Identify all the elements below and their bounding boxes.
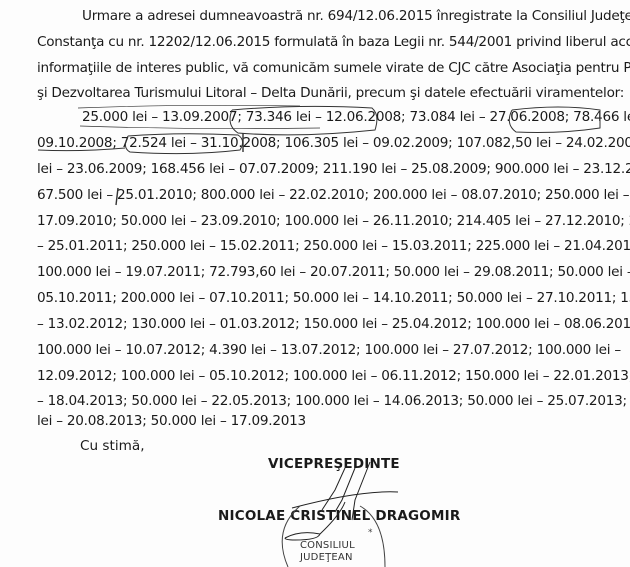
payment-line: 67.500 lei – 25.01.2010; 800.000 lei – 2… bbox=[37, 186, 593, 204]
payment-line: lei – 20.08.2013; 50.000 lei – 17.09.201… bbox=[37, 412, 306, 430]
paragraph-line: Urmare a adresei dumneavoastră nr. 694/1… bbox=[82, 7, 593, 25]
closing-salutation: Cu stimă, bbox=[80, 438, 145, 454]
payment-line: 05.10.2011; 200.000 lei – 07.10.2011; 50… bbox=[37, 289, 593, 307]
payment-line: lei – 23.06.2009; 168.456 lei – 07.07.20… bbox=[37, 160, 593, 178]
payment-line: – 25.01.2011; 250.000 lei – 15.02.2011; … bbox=[37, 237, 593, 255]
stamp-text-line2: JUDEŢEAN bbox=[300, 552, 353, 563]
payment-line: 09.10.2008; 72.524 lei – 31.10.2008; 106… bbox=[37, 134, 593, 152]
payment-line: – 18.04.2013; 50.000 lei – 22.05.2013; 1… bbox=[37, 392, 593, 410]
payment-line: 100.000 lei – 19.07.2011; 72.793,60 lei … bbox=[37, 263, 593, 281]
signatory-title: VICEPREŞEDINTE bbox=[268, 456, 400, 472]
paragraph-line: şi Dezvoltarea Turismului Litoral – Delt… bbox=[37, 84, 593, 102]
svg-text:*: * bbox=[368, 528, 373, 538]
payment-line: – 13.02.2012; 130.000 lei – 01.03.2012; … bbox=[37, 315, 593, 333]
signatory-name: NICOLAE CRISTINEL DRAGOMIR bbox=[218, 508, 460, 524]
paragraph-line: informaţiile de interes public, vă comun… bbox=[37, 59, 593, 77]
letter-page: Urmare a adresei dumneavoastră nr. 694/1… bbox=[0, 0, 630, 567]
paragraph-line: Constanţa cu nr. 12202/12.06.2015 formul… bbox=[37, 33, 593, 51]
payment-line: 17.09.2010; 50.000 lei – 23.09.2010; 100… bbox=[37, 212, 593, 230]
payment-line: 12.09.2012; 100.000 lei – 05.10.2012; 10… bbox=[37, 367, 593, 385]
payment-line: 100.000 lei – 10.07.2012; 4.390 lei – 13… bbox=[37, 341, 593, 359]
signature-icon bbox=[285, 462, 398, 540]
payment-line: 25.000 lei – 13.09.2007; 73.346 lei – 12… bbox=[82, 108, 593, 126]
stamp-text-line1: CONSILIUL bbox=[300, 540, 355, 551]
